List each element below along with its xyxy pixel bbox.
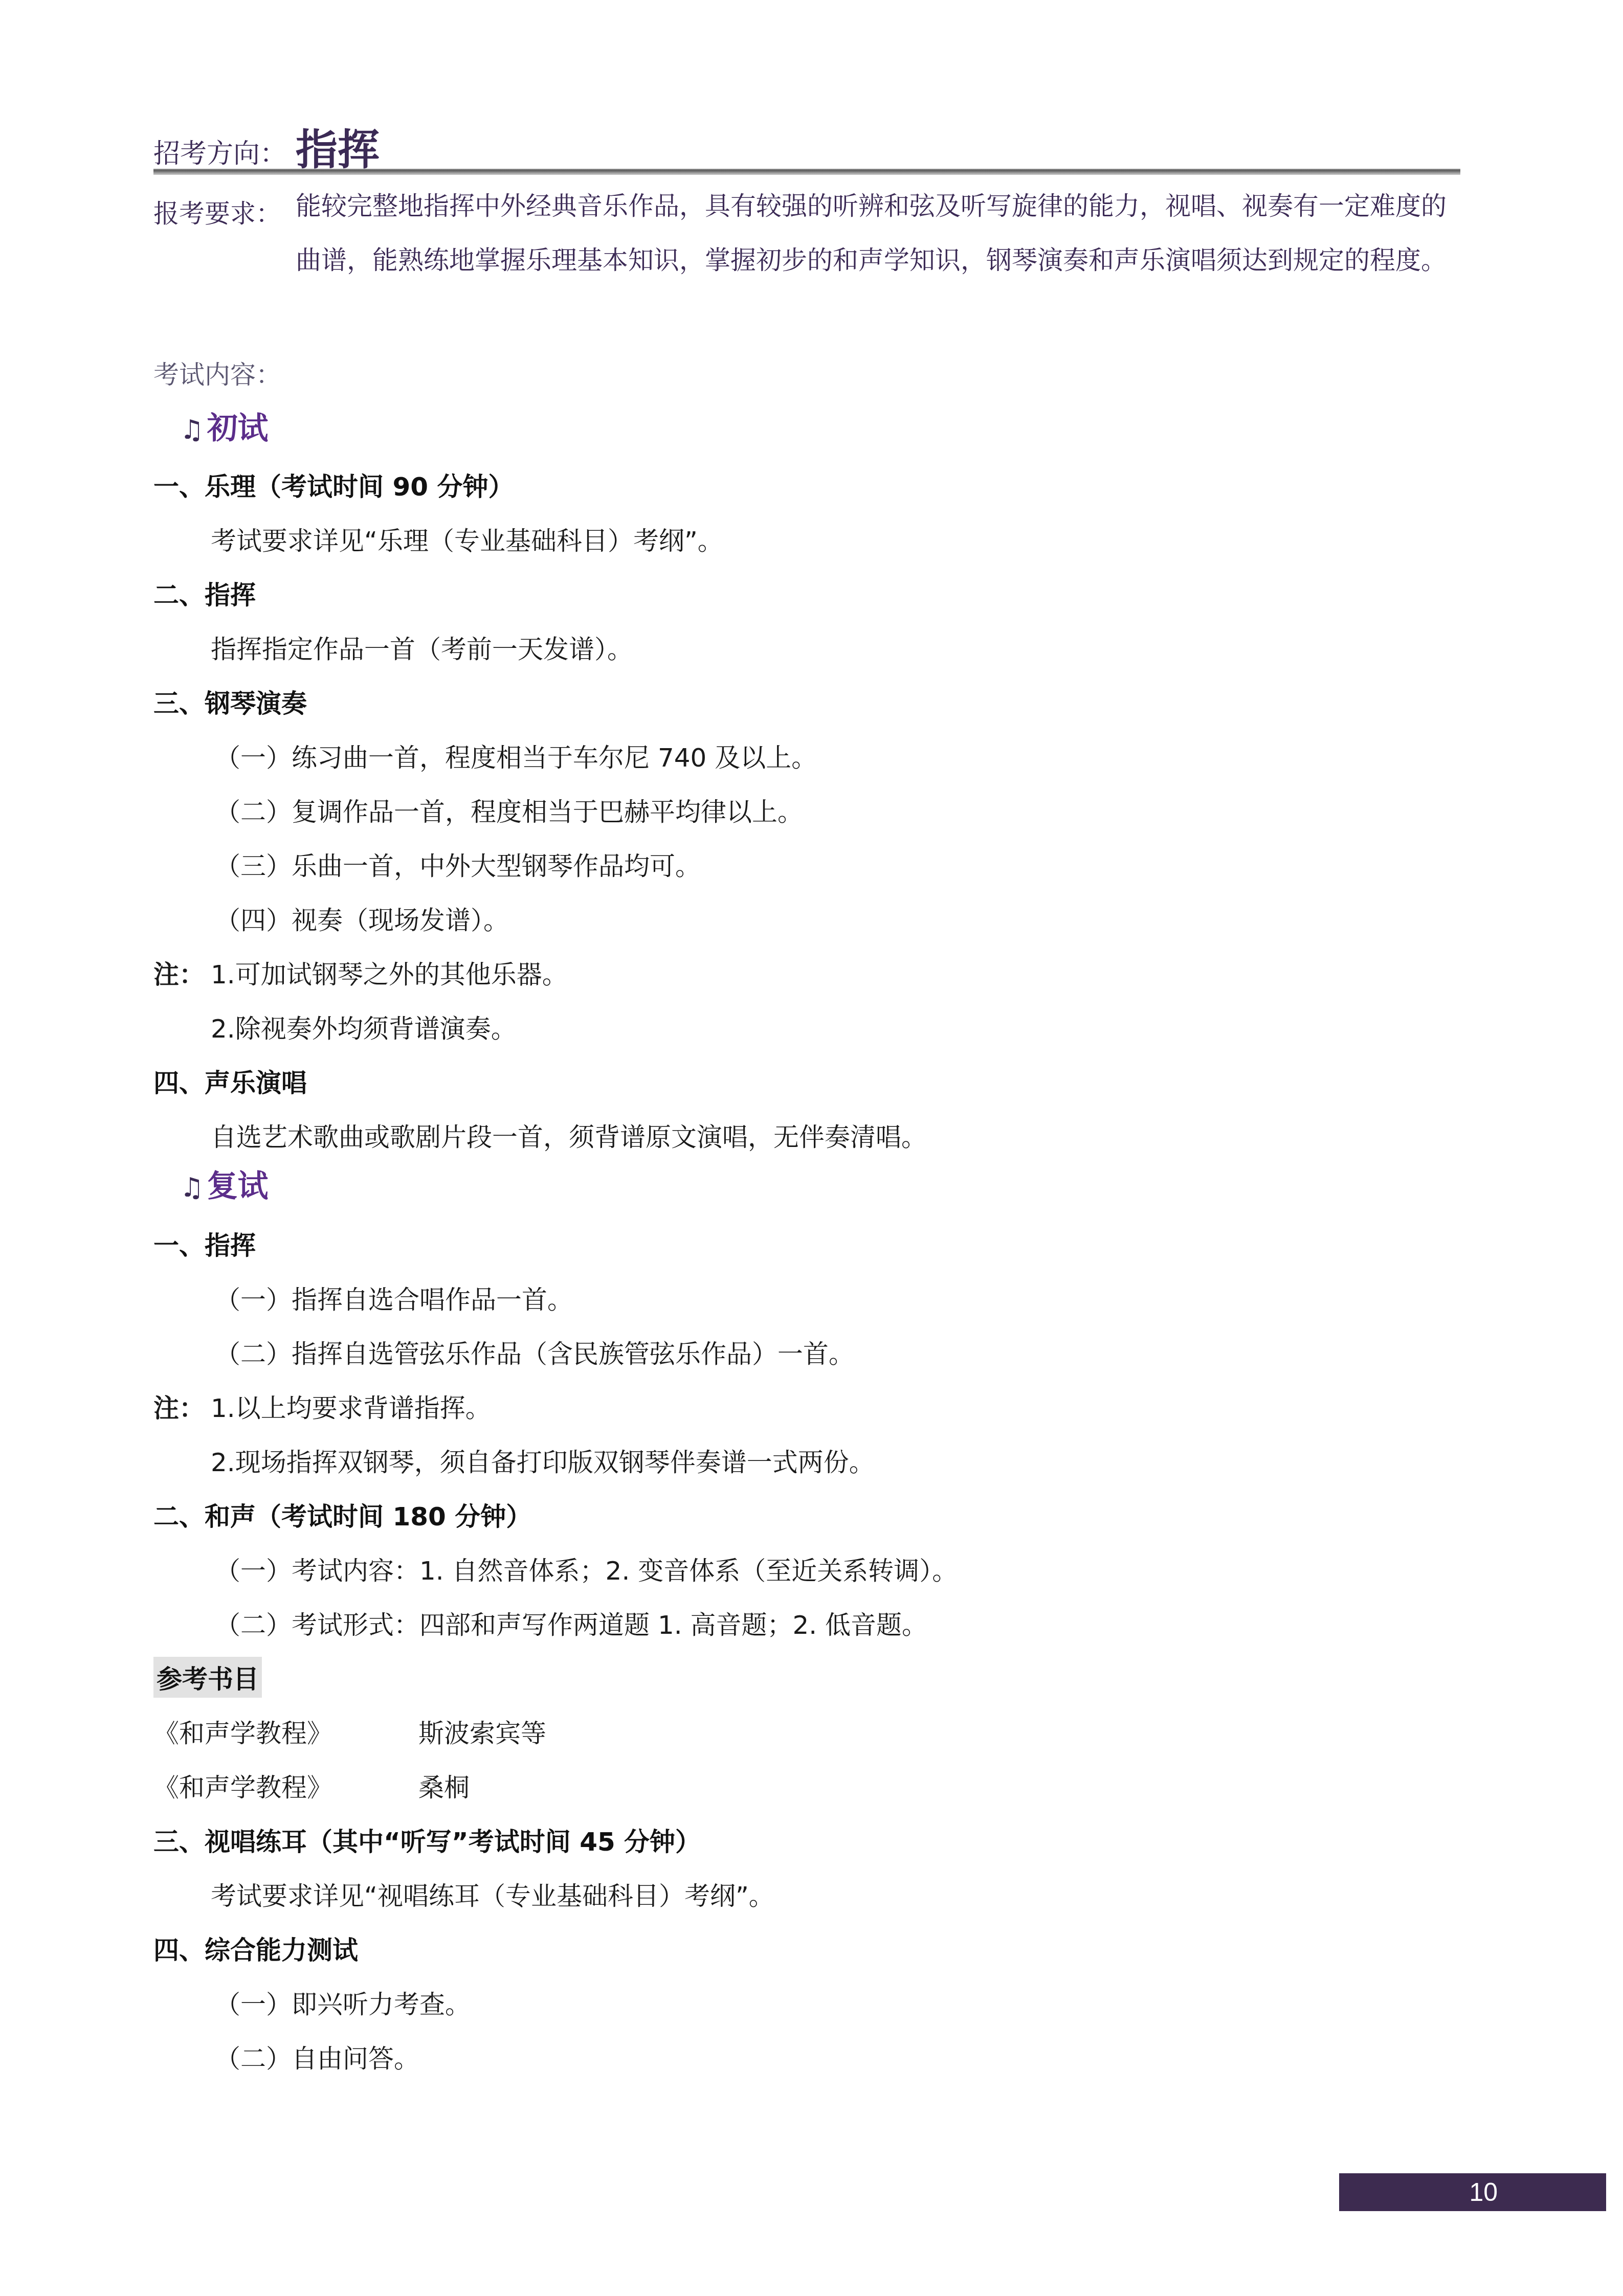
document-page: 招考方向： 指挥 报考要求： 能较完整地指挥中外经典音乐作品，具有较强的听辨和弦… [0,0,1623,2296]
references-heading: 参考书目 [153,1657,262,1698]
list-item: （一）即兴听力考查。 [215,1984,471,2021]
direction-label: 招考方向： [153,132,286,170]
content-label: 考试内容： [153,354,281,391]
note-item: 2.现场指挥双钢琴，须自备打印版双钢琴伴奏谱一式两份。 [211,1442,875,1479]
list-item: （二）考试形式：四部和声写作两道题 1. 高音题；2. 低音题。 [215,1605,927,1641]
note-label: 注： [153,1388,205,1425]
music-note-icon: ♫ [180,415,204,445]
page-number: 10 [1339,2173,1498,2211]
section-heading: 四、综合能力测试 [153,1930,358,1967]
list-item: （二）复调作品一首，程度相当于巴赫平均律以上。 [215,792,803,828]
list-item: （三）乐曲一首，中外大型钢琴作品均可。 [215,846,701,883]
list-item: （二）自由问答。 [215,2038,419,2075]
section-line: 考试要求详见“视唱练耳（专业基础科目）考纲”。 [211,1876,774,1912]
list-item: （二）指挥自选管弦乐作品（含民族管弦乐作品）一首。 [215,1334,854,1370]
note-label: 注： [153,954,205,991]
section-heading: 三、钢琴演奏 [153,683,307,720]
header-rule [153,169,1460,175]
list-item: （一）指挥自选合唱作品一首。 [215,1279,573,1316]
stage-title: 初试 [207,411,269,446]
note-item: 2.除视奏外均须背谱演奏。 [211,1008,517,1045]
list-item: （一）练习曲一首，程度相当于车尔尼 740 及以上。 [215,737,817,774]
section-heading: 二、和声（考试时间 180 分钟） [153,1496,531,1533]
note-item: 1.以上均要求背谱指挥。 [211,1388,491,1425]
requirements-label: 报考要求： [153,193,281,230]
section-line: 指挥指定作品一首（考前一天发谱）。 [211,629,633,666]
list-item: （四）视奏（现场发谱）。 [215,900,509,937]
section-heading: 一、指挥 [153,1225,256,1262]
book-title: 《和声学教程》 [153,1713,332,1750]
list-item: （一）考试内容：1. 自然音体系；2. 变音体系（至近关系转调）。 [215,1550,958,1587]
section-heading: 四、声乐演唱 [153,1063,307,1099]
stage-retest: ♫复试 [180,1162,269,1206]
direction-title: 指挥 [296,117,380,176]
section-line: 自选艺术歌曲或歌剧片段一首，须背谱原文演唱，无伴奏清唱。 [211,1117,927,1154]
book-title: 《和声学教程》 [153,1767,332,1804]
book-author: 斯波索宾等 [418,1713,546,1750]
section-heading: 二、指挥 [153,575,256,612]
music-note-icon: ♫ [180,1173,204,1203]
note-item: 1.可加试钢琴之外的其他乐器。 [211,954,568,991]
section-line: 考试要求详见“乐理（专业基础科目）考纲”。 [211,521,723,557]
section-heading: 三、视唱练耳（其中“听写”考试时间 45 分钟） [153,1821,701,1858]
stage-preliminary: ♫初试 [180,404,269,448]
book-author: 桑桐 [418,1767,470,1804]
stage-title: 复试 [207,1168,269,1204]
section-heading: 一、乐理（考试时间 90 分钟） [153,466,514,503]
requirements-text: 能较完整地指挥中外经典音乐作品，具有较强的听辨和弦及听写旋律的能力，视唱、视奏有… [296,179,1462,287]
